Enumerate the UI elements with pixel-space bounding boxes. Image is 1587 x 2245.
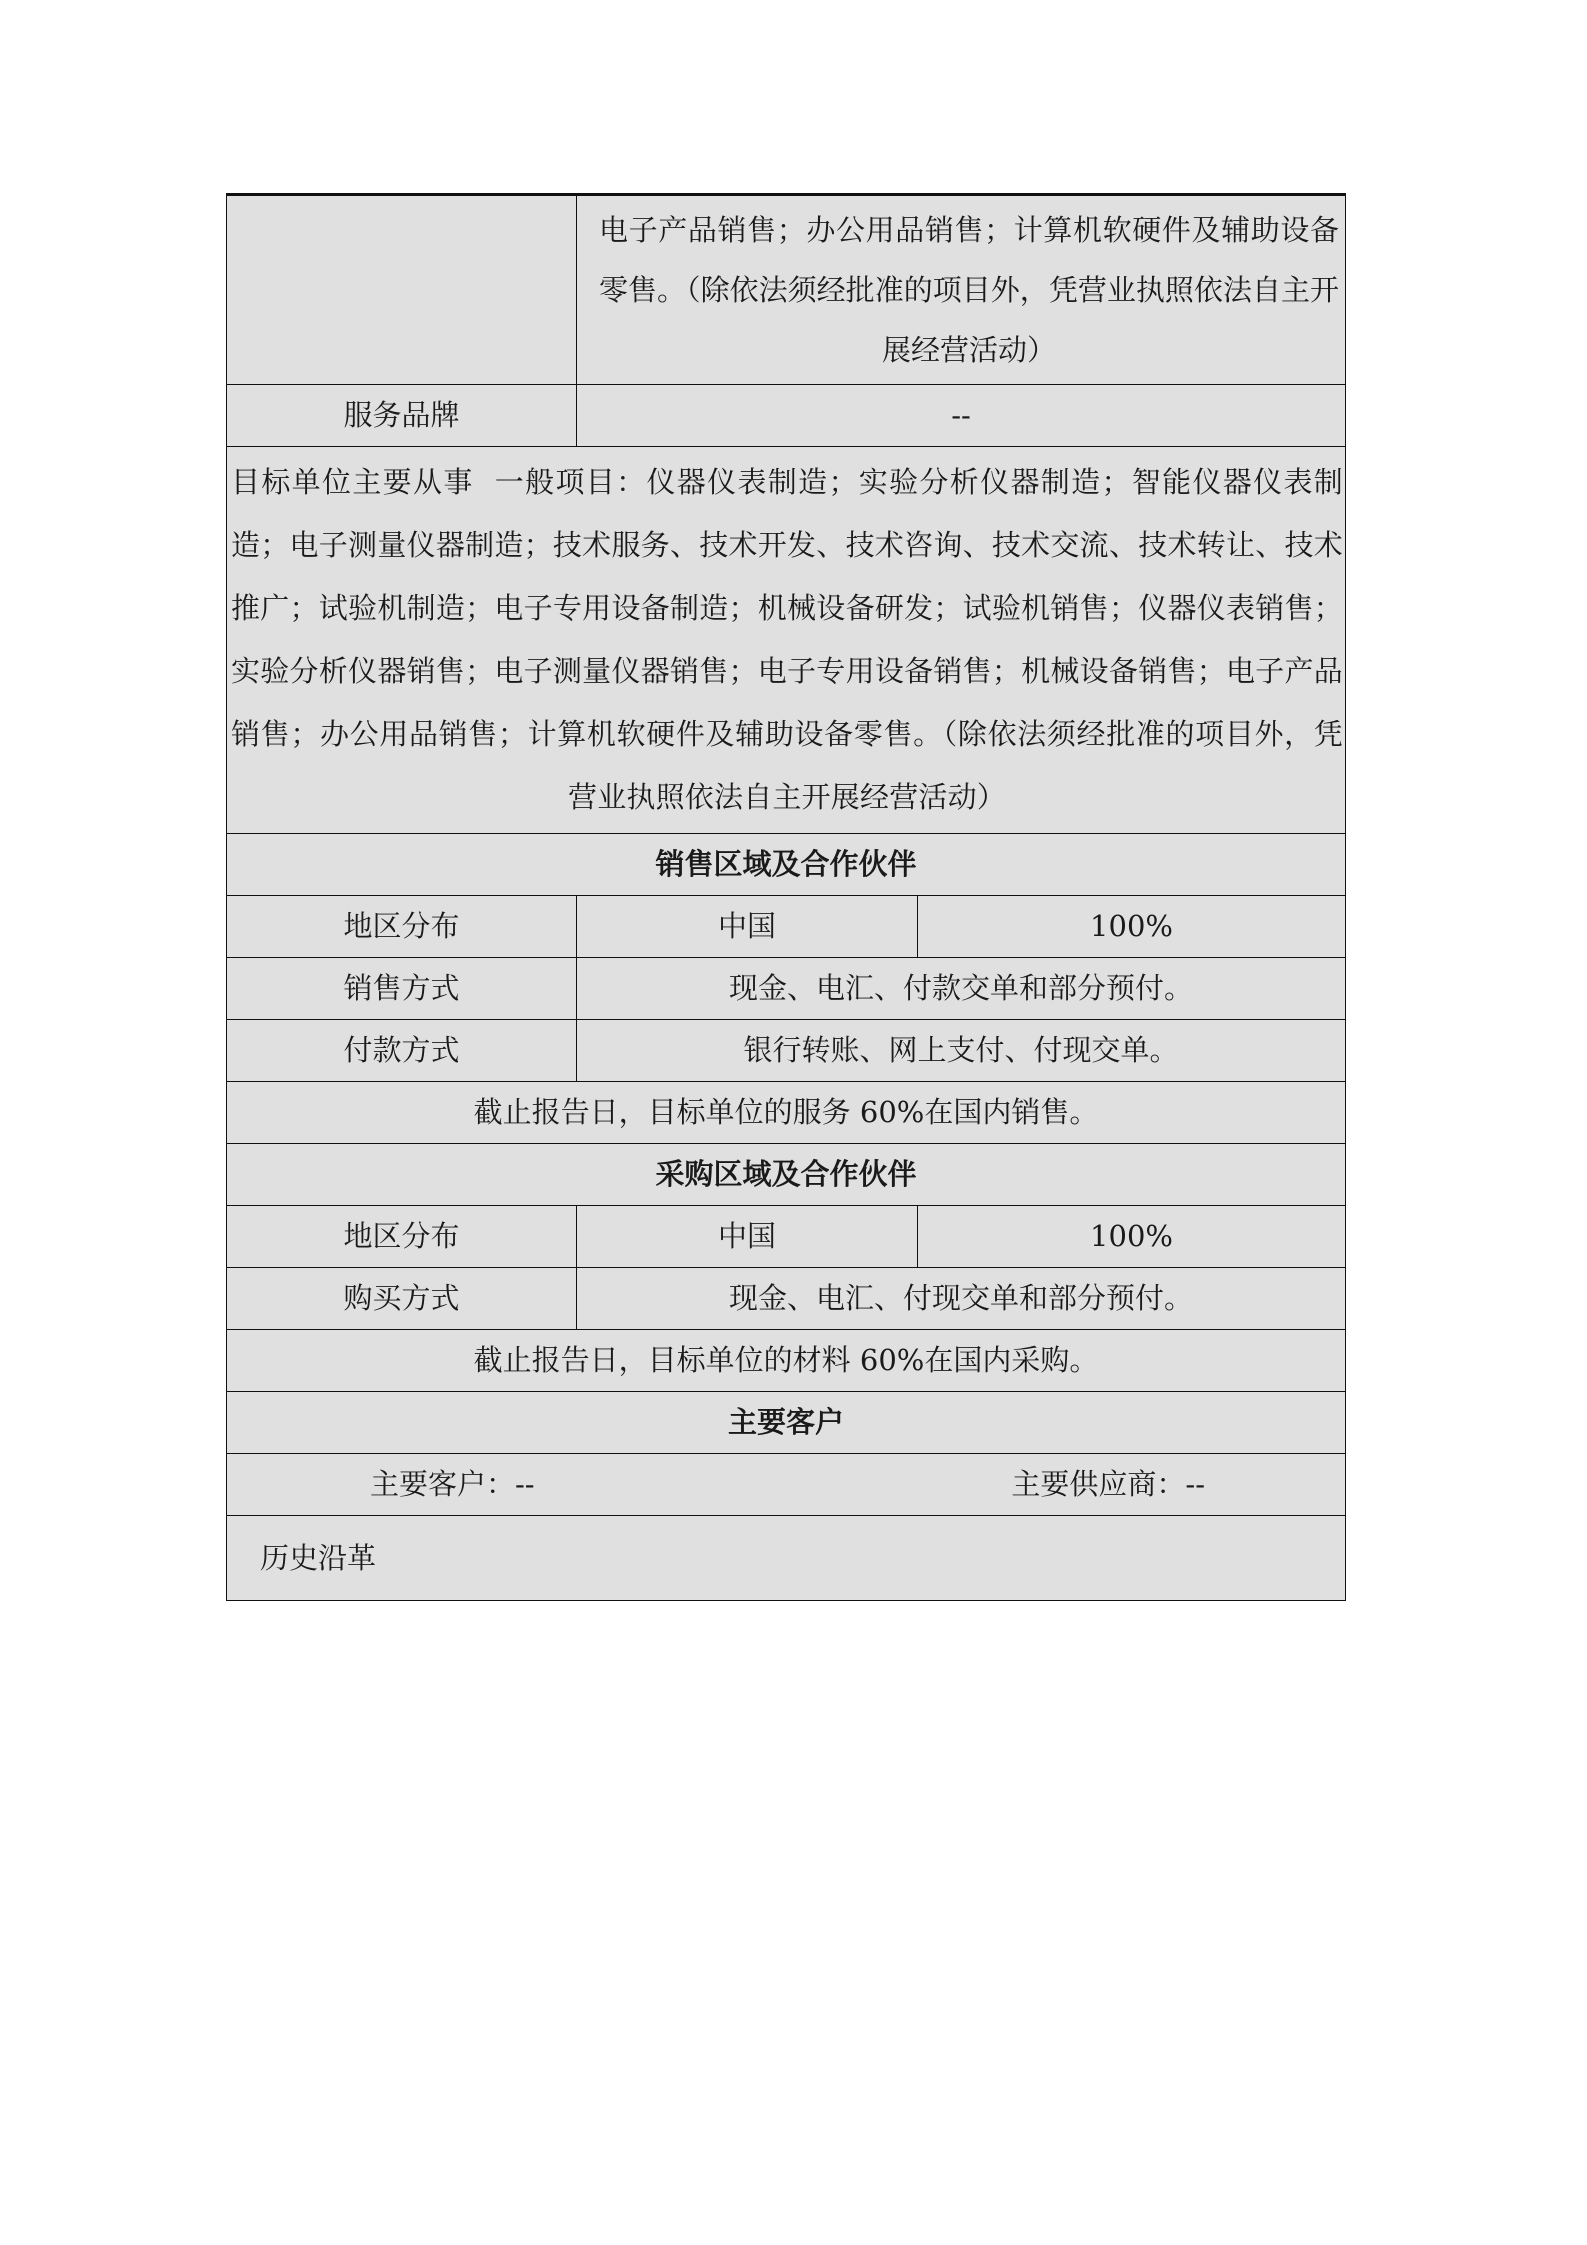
sales-section-title: 销售区域及合作伙伴 — [227, 834, 1346, 896]
purchase-section-title: 采购区域及合作伙伴 — [227, 1144, 1346, 1206]
service-brand-value: -- — [577, 385, 1346, 447]
main-business-label: 目标单位主要从事 — [231, 465, 474, 499]
purchase-title-row: 采购区域及合作伙伴 — [227, 1144, 1346, 1206]
main-supplier: 主要供应商：-- — [1011, 1454, 1205, 1515]
customers-row: 主要客户：-- 主要供应商：-- — [227, 1454, 1346, 1516]
purchase-note-row: 截止报告日，目标单位的材料 60%在国内采购。 — [227, 1330, 1346, 1392]
purchase-method-label: 购买方式 — [227, 1268, 577, 1330]
purchase-region-row: 地区分布 中国 100% — [227, 1206, 1346, 1268]
sales-method-label: 销售方式 — [227, 958, 577, 1020]
purchase-region-percent: 100% — [918, 1206, 1346, 1268]
customers-cell: 主要客户：-- 主要供应商：-- — [227, 1454, 1346, 1516]
service-brand-row: 服务品牌 -- — [227, 385, 1346, 447]
purchase-region-label: 地区分布 — [227, 1206, 577, 1268]
payment-method-label: 付款方式 — [227, 1020, 577, 1082]
business-scope-row: 电子产品销售；办公用品销售；计算机软硬件及辅助设备零售。（除依法须经批准的项目外… — [227, 195, 1346, 385]
purchase-method-row: 购买方式 现金、电汇、付现交单和部分预付。 — [227, 1268, 1346, 1330]
main-business-cell: 目标单位主要从事 一般项目：仪器仪表制造；实验分析仪器制造；智能仪器仪表制造；电… — [227, 447, 1346, 834]
customers-title-row: 主要客户 — [227, 1392, 1346, 1454]
main-customer: 主要客户：-- — [370, 1454, 535, 1515]
sales-region-percent: 100% — [918, 896, 1346, 958]
history-row: 历史沿革 — [227, 1516, 1346, 1601]
purchase-note: 截止报告日，目标单位的材料 60%在国内采购。 — [227, 1330, 1346, 1392]
sales-method-value: 现金、电汇、付款交单和部分预付。 — [577, 958, 1346, 1020]
company-info-table: 电子产品销售；办公用品销售；计算机软硬件及辅助设备零售。（除依法须经批准的项目外… — [226, 193, 1346, 1601]
business-scope-value: 电子产品销售；办公用品销售；计算机软硬件及辅助设备零售。（除依法须经批准的项目外… — [577, 195, 1346, 385]
history-title: 历史沿革 — [227, 1516, 1346, 1601]
customers-section-title: 主要客户 — [227, 1392, 1346, 1454]
main-business-row: 目标单位主要从事 一般项目：仪器仪表制造；实验分析仪器制造；智能仪器仪表制造；电… — [227, 447, 1346, 834]
sales-region-row: 地区分布 中国 100% — [227, 896, 1346, 958]
sales-method-row: 销售方式 现金、电汇、付款交单和部分预付。 — [227, 958, 1346, 1020]
payment-method-value: 银行转账、网上支付、付现交单。 — [577, 1020, 1346, 1082]
payment-method-row: 付款方式 银行转账、网上支付、付现交单。 — [227, 1020, 1346, 1082]
sales-note: 截止报告日，目标单位的服务 60%在国内销售。 — [227, 1082, 1346, 1144]
purchase-method-value: 现金、电汇、付现交单和部分预付。 — [577, 1268, 1346, 1330]
business-scope-label-cell — [227, 195, 577, 385]
sales-region-label: 地区分布 — [227, 896, 577, 958]
purchase-region-country: 中国 — [577, 1206, 918, 1268]
main-business-value: 一般项目：仪器仪表制造；实验分析仪器制造；智能仪器仪表制造；电子测量仪器制造；技… — [231, 465, 1343, 814]
sales-note-row: 截止报告日，目标单位的服务 60%在国内销售。 — [227, 1082, 1346, 1144]
sales-region-country: 中国 — [577, 896, 918, 958]
service-brand-label: 服务品牌 — [227, 385, 577, 447]
sales-title-row: 销售区域及合作伙伴 — [227, 834, 1346, 896]
